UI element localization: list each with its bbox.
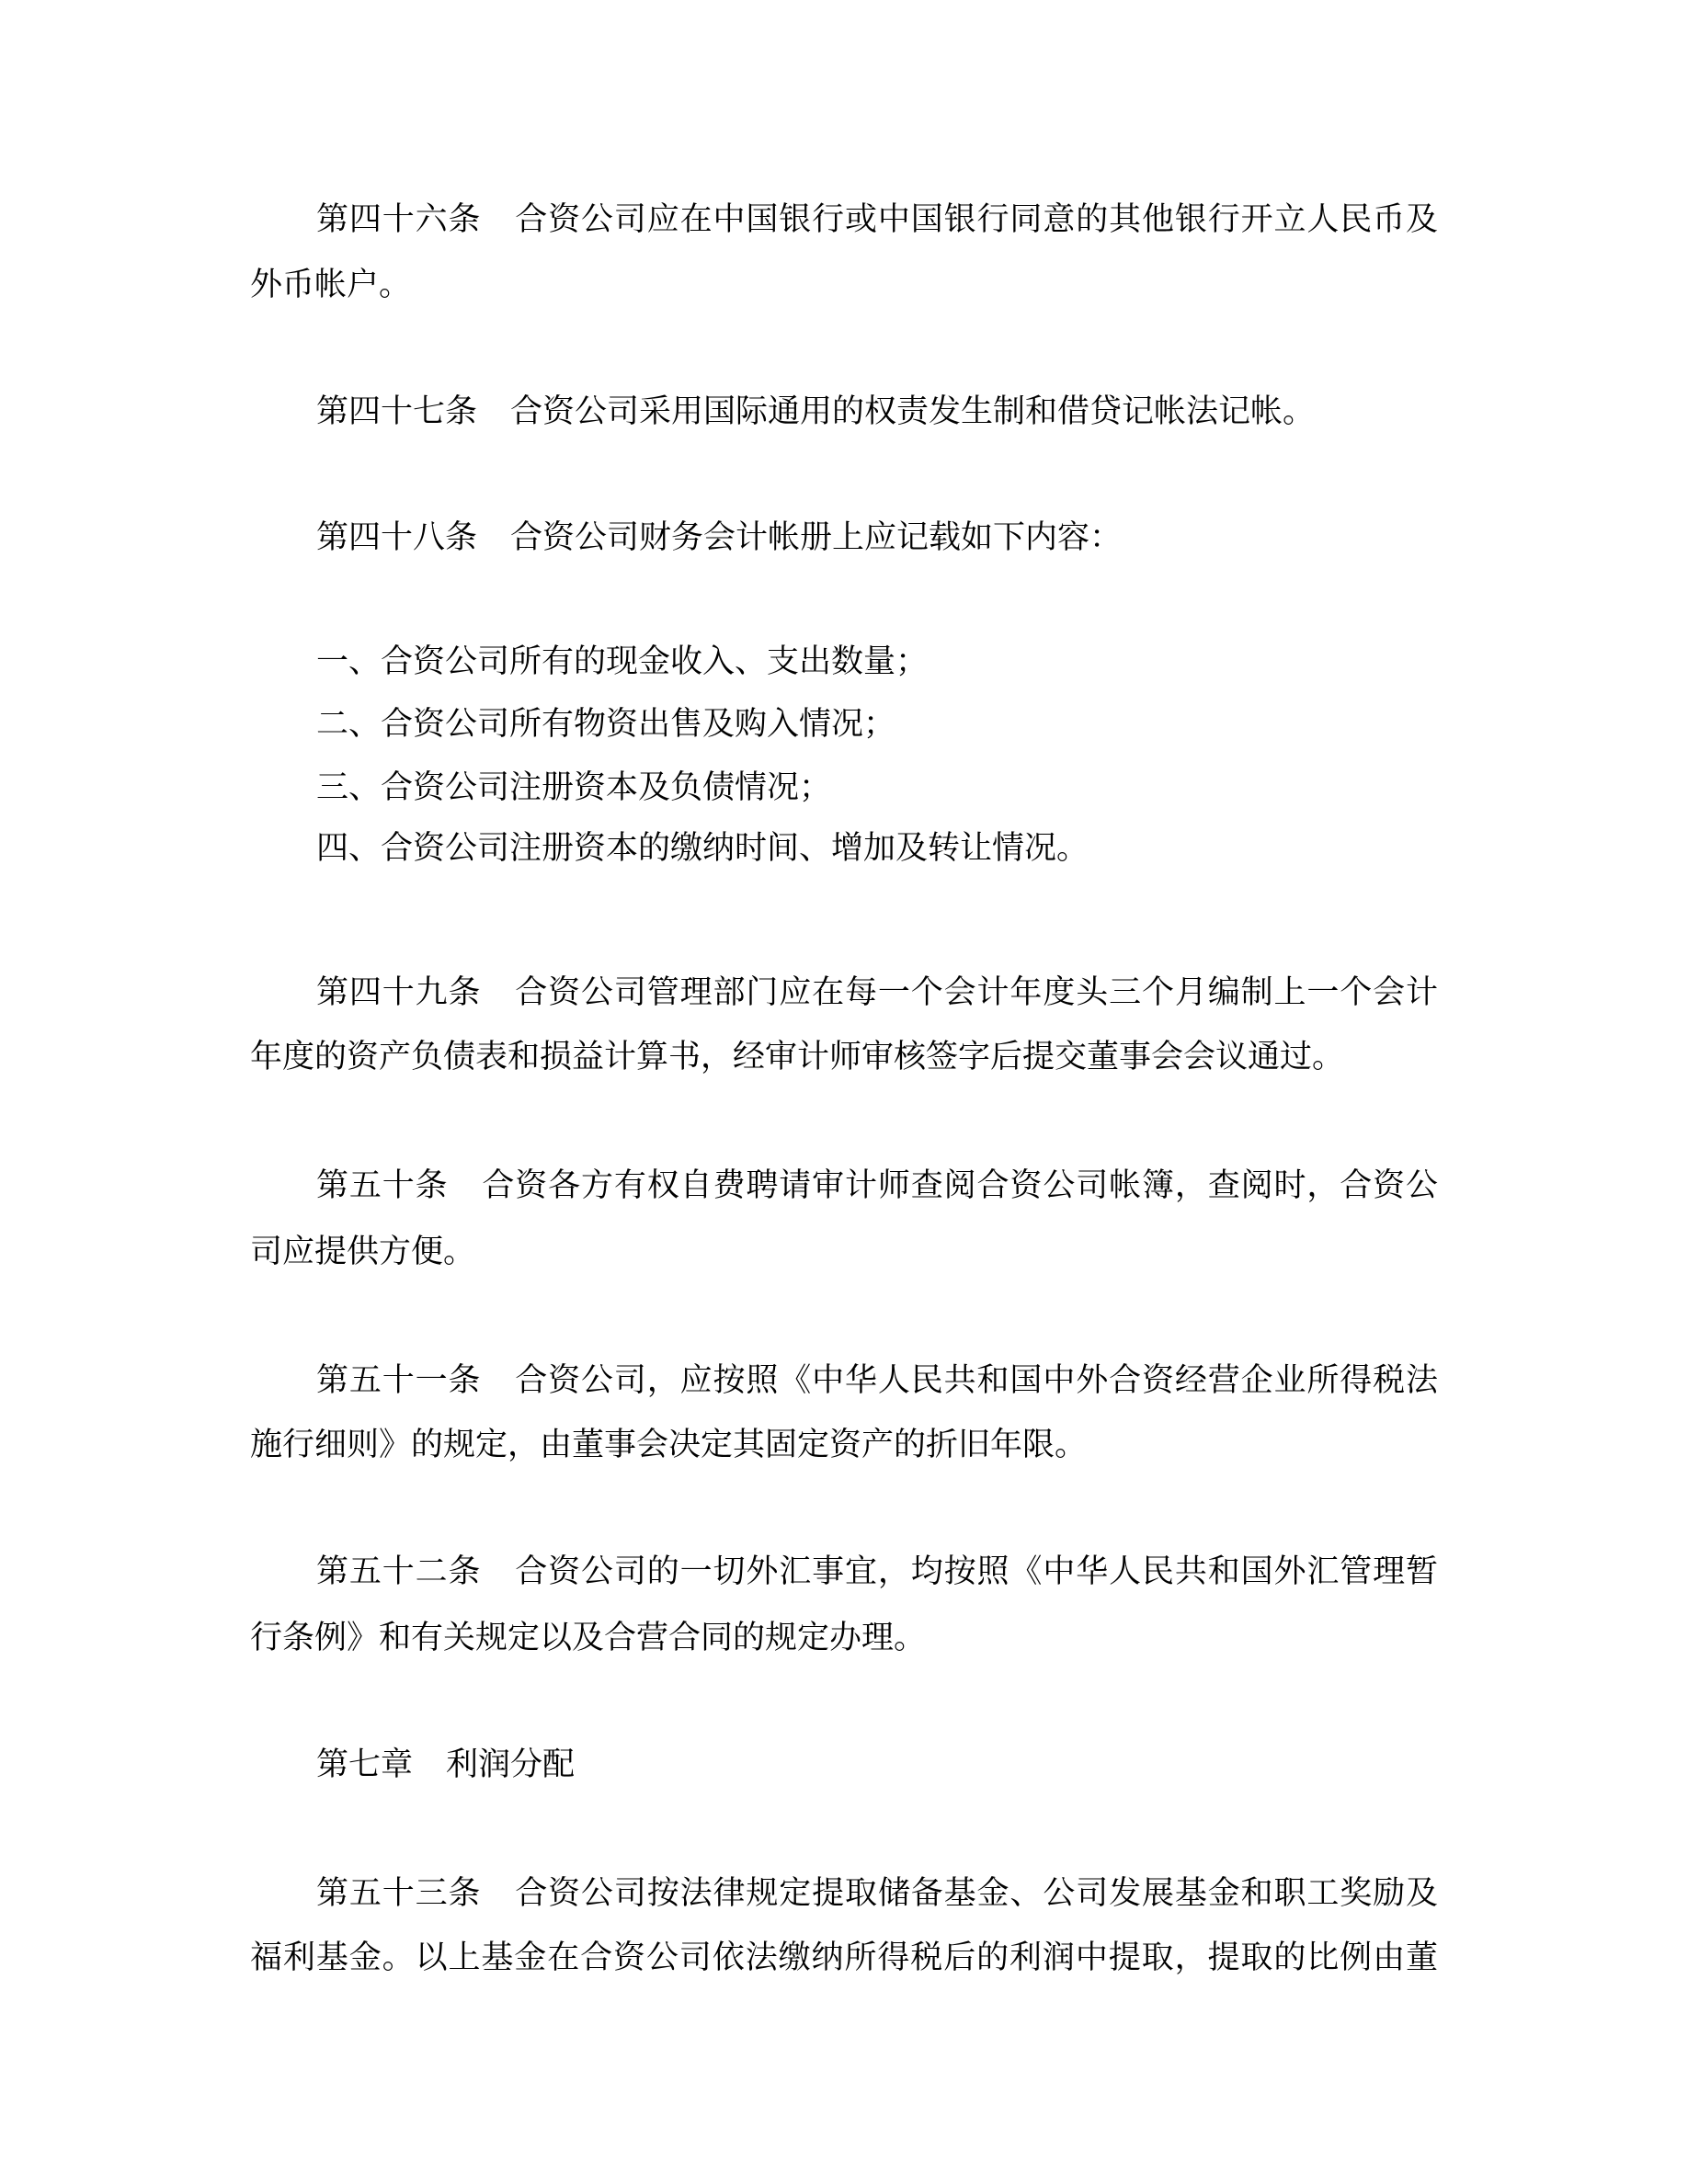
article-text: 合资公司财务会计帐册上应记载如下内容： — [510, 519, 1122, 556]
article-50-line-1: 第五十条合资各方有权自费聘请审计师查阅合资公司帐簿，查阅时，合资公 — [316, 1169, 1438, 1202]
list-item-2: 二、合资公司所有物资出售及购入情况； — [316, 708, 1438, 741]
document-page: 第四十六条合资公司应在中国银行或中国银行同意的其他银行开立人民币及 外币帐户。 … — [0, 0, 1688, 2184]
article-46-line-2: 外币帐户。 — [250, 268, 1438, 301]
article-text: 合资公司应在中国银行或中国银行同意的其他银行开立人民币及 — [514, 201, 1438, 238]
list-item-1: 一、合资公司所有的现金收入、支出数量； — [316, 645, 1438, 678]
article-text: 合资公司按法律规定提取储备基金、公司发展基金和职工奖励及 — [514, 1875, 1438, 1912]
article-52-line-1: 第五十二条合资公司的一切外汇事宜，均按照《中华人民共和国外汇管理暂 — [316, 1555, 1438, 1588]
article-heading: 第四十七条 — [316, 393, 477, 430]
article-50-line-2: 司应提供方便。 — [250, 1235, 1438, 1268]
article-heading: 第四十八条 — [316, 519, 477, 556]
article-49-line-2: 年度的资产负债表和损益计算书，经审计师审核签字后提交董事会会议通过。 — [250, 1041, 1438, 1074]
article-heading: 第四十九条 — [316, 974, 481, 1011]
article-49-line-1: 第四十九条合资公司管理部门应在每一个会计年度头三个月编制上一个会计 — [316, 976, 1438, 1009]
article-heading: 第五十二条 — [316, 1553, 481, 1590]
article-text: 合资公司采用国际通用的权责发生制和借贷记帐法记帐。 — [510, 393, 1315, 430]
article-53-line-2: 福利基金。以上基金在合资公司依法缴纳所得税后的利润中提取，提取的比例由董 — [250, 1941, 1438, 1974]
list-item-4: 四、合资公司注册资本的缴纳时间、增加及转让情况。 — [316, 832, 1438, 865]
article-51-line-1: 第五十一条合资公司，应按照《中华人民共和国中外合资经营企业所得税法 — [316, 1364, 1438, 1397]
article-text: 合资各方有权自费聘请审计师查阅合资公司帐簿，查阅时，合资公 — [482, 1167, 1438, 1204]
article-text: 合资公司，应按照《中华人民共和国中外合资经营企业所得税法 — [514, 1362, 1438, 1399]
article-48-line-1: 第四十八条合资公司财务会计帐册上应记载如下内容： — [316, 521, 1438, 554]
list-item-3: 三、合资公司注册资本及负债情况； — [316, 771, 1438, 804]
article-53-line-1: 第五十三条合资公司按法律规定提取储备基金、公司发展基金和职工奖励及 — [316, 1877, 1438, 1910]
article-47-line-1: 第四十七条合资公司采用国际通用的权责发生制和借贷记帐法记帐。 — [316, 395, 1438, 428]
article-text: 合资公司的一切外汇事宜，均按照《中华人民共和国外汇管理暂 — [514, 1553, 1438, 1590]
article-heading: 第五十一条 — [316, 1362, 481, 1399]
article-51-line-2: 施行细则》的规定，由董事会决定其固定资产的折旧年限。 — [250, 1428, 1438, 1462]
article-heading: 第四十六条 — [316, 201, 481, 238]
article-52-line-2: 行条例》和有关规定以及合营合同的规定办理。 — [250, 1621, 1438, 1655]
article-heading: 第五十三条 — [316, 1875, 481, 1912]
article-heading: 第五十条 — [316, 1167, 449, 1204]
chapter-title: 利润分配 — [446, 1746, 575, 1783]
article-46-line-1: 第四十六条合资公司应在中国银行或中国银行同意的其他银行开立人民币及 — [316, 203, 1438, 236]
chapter-heading: 第七章利润分配 — [316, 1748, 1438, 1781]
article-text: 合资公司管理部门应在每一个会计年度头三个月编制上一个会计 — [514, 974, 1438, 1011]
chapter-number: 第七章 — [316, 1746, 413, 1783]
